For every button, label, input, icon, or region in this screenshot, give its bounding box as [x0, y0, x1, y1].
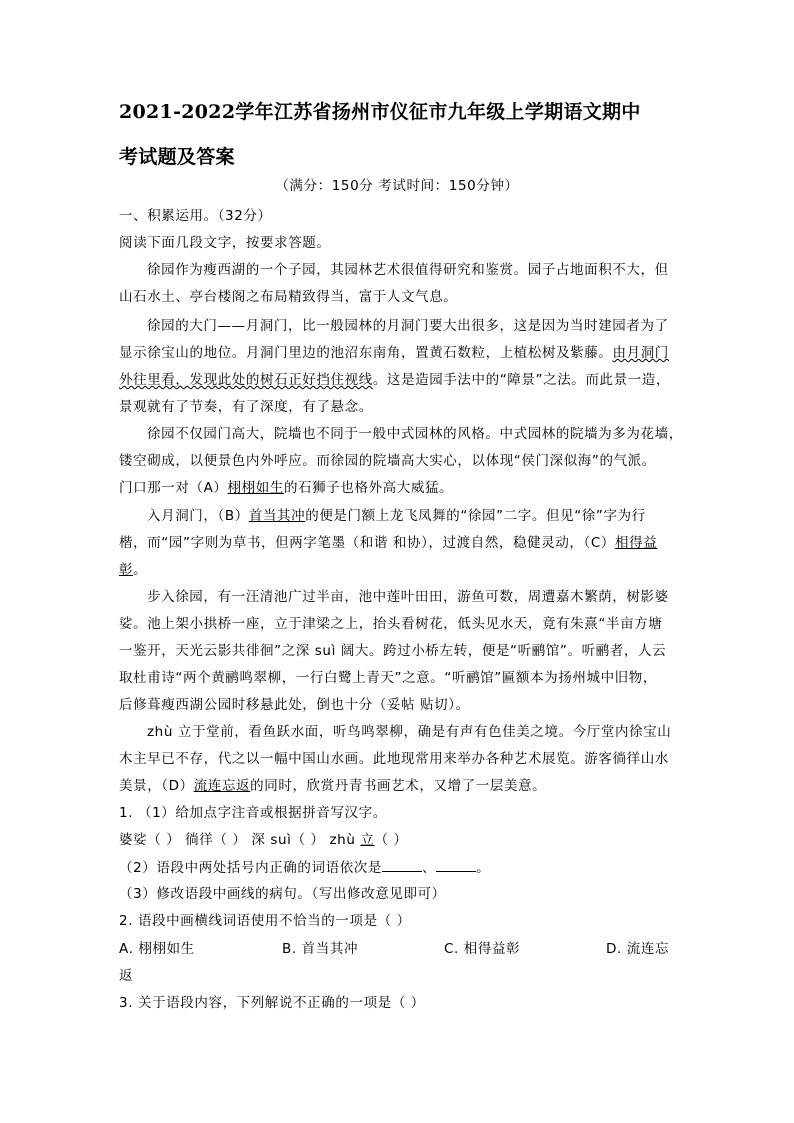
passage-text: 美景，（D）	[119, 778, 194, 794]
passage-p4-line2: 楷，而“园”字则为草书，但两字笔墨（和谐 和协），过渡自然，稳健灵动，（C）相得…	[119, 533, 657, 553]
passage-p5-line1: 步入徐园，有一汪清池广过半亩，池中莲叶田田，游鱼可数，周遭嘉木繁荫，树影婆	[119, 587, 669, 607]
passage-text: 。这是造园手法中的“障景”之法。而此景一造，	[373, 372, 670, 388]
underlined-term-b: 首当其冲	[249, 508, 305, 524]
passage-p2-line2: 显示徐宝山的地位。月洞门里边的池沼东南角，置黄石数粒，上植松树及紫藤。由月洞门	[119, 343, 669, 363]
underlined-term-d: 流连忘返	[194, 778, 250, 794]
answer-blank-1[interactable]	[382, 857, 422, 872]
passage-p2-line3: 外往里看，发现此处的树石正好挡住视线。这是造园手法中的“障景”之法。而此景一造，	[119, 370, 670, 390]
dotted-char-li: 立	[360, 832, 374, 848]
passage-p3-line2: 镂空砌成，以便景色内外呼应。而徐园的院墙高大实心，以体现“侯门深似海”的气派。	[119, 451, 656, 471]
question-text: （2）语段中两处括号内正确的词语依次是	[119, 860, 382, 876]
underlined-term-c: 相得益	[615, 535, 657, 551]
question-1-1-items: 婆娑（ ） 徜徉（ ） 深 suì（ ） zhù 立（ ）	[119, 830, 408, 850]
passage-p2-line4: 景观就有了节奏，有了深度，有了悬念。	[119, 397, 373, 417]
passage-p5-line2: 娑。池上架小拱桥一座，立于津梁之上，抬头看树花，低头见水天，竟有朱熹“半亩方塘	[119, 614, 662, 634]
document-title-line1: 2021-2022学年江苏省扬州市仪征市九年级上学期语文期中	[119, 92, 679, 132]
period: 。	[476, 860, 490, 876]
passage-text: 显示徐宝山的地位。月洞门里边的池沼东南角，置黄石数粒，上植松树及紫藤。	[119, 345, 613, 361]
underlined-term-a: 栩栩如生	[228, 480, 284, 496]
passage-p5-line5: 后修葺瘦西湖公园时移悬此处，倒也十分（妥帖 贴切）。	[119, 695, 470, 715]
passage-text: 入月洞门，（B）	[147, 508, 249, 524]
question-1-1: 1. （1）给加点字注音或根据拼音写汉字。	[119, 803, 387, 823]
passage-p4-line3: 彰。	[119, 560, 147, 580]
passage-p1-line1: 徐园作为瘦西湖的一个子园，其园林艺术很值得研究和鉴赏。园子占地面积不大，但	[119, 260, 669, 280]
passage-text: 。	[133, 562, 147, 578]
faulty-sentence: 由月洞门	[613, 345, 669, 361]
passage-p6-line3: 美景，（D）流连忘返的同时，欣赏丹青书画艺术，又增了一层美意。	[119, 776, 546, 796]
passage-p3-line1: 徐园不仅园门高大，院墙也不同于一般中式园林的风格。中式园林的院墙为多为花墙，	[119, 424, 683, 444]
passage-p3-line3: 门口那一对（A）栩栩如生的石狮子也格外高大威猛。	[119, 478, 453, 498]
passage-p5-line3: 一鉴开，天光云影共徘徊”之深 suì 阔大。跨过小桥左转，便是“听鹂馆”。听鹂者…	[119, 641, 666, 661]
passage-text: 的石狮子也格外高大威猛。	[284, 480, 453, 496]
section-instruction: 阅读下面几段文字，按要求答题。	[119, 233, 331, 253]
option-c[interactable]: C. 相得益彰	[444, 939, 520, 959]
passage-p6-line2: 木主早已不存，代之以一幅中国山水画。此地现常用来举办各种艺术展览。游客徜徉山水	[119, 749, 669, 769]
passage-p4-line1: 入月洞门，（B）首当其冲的便是门额上龙飞凤舞的“徐园”二字。但见“徐”字为行	[119, 506, 646, 526]
passage-text: 的便是门额上龙飞凤舞的“徐园”二字。但见“徐”字为行	[305, 508, 646, 524]
passage-text: 的同时，欣赏丹青书画艺术，又增了一层美意。	[250, 778, 546, 794]
question-3: 3. 关于语段内容，下列解说不正确的一项是（ ）	[119, 993, 425, 1013]
passage-p5-line4: 取杜甫诗“两个黄鹂鸣翠柳，一行白鹭上青天”之意。“听鹂馆”匾额本为扬州城中旧物，	[119, 668, 657, 688]
option-d-wrap: 返	[119, 966, 133, 986]
passage-text: 门口那一对（A）	[119, 480, 228, 496]
passage-p1-line2: 山石水土、亭台楼阁之布局精致得当，富于人文气息。	[119, 287, 457, 307]
option-a[interactable]: A. 栩栩如生	[119, 939, 195, 959]
question-2: 2. 语段中画横线词语使用不恰当的一项是（ ）	[119, 911, 411, 931]
answer-blank-2[interactable]	[436, 857, 476, 872]
question-1-3: （3）修改语段中画线的病句。（写出修改意见即可）	[119, 884, 446, 904]
exam-meta: （满分：150分 考试时间：150分钟）	[0, 176, 794, 196]
underlined-term-c-end: 彰	[119, 562, 133, 578]
faulty-sentence: 外往里看，发现此处的树石正好挡住视线	[119, 372, 373, 388]
section-heading: 一、积累运用。（32分）	[119, 206, 272, 226]
option-d[interactable]: D. 流连忘	[606, 939, 669, 959]
separator: 、	[422, 860, 436, 876]
option-b[interactable]: B. 首当其冲	[282, 939, 358, 959]
pinyin-items: 婆娑（ ） 徜徉（ ） 深 suì（ ） zhù	[119, 832, 360, 848]
passage-text: 楷，而“园”字则为草书，但两字笔墨（和谐 和协），过渡自然，稳健灵动，（C）	[119, 535, 615, 551]
document-title-line2: 考试题及答案	[119, 137, 679, 177]
answer-paren: （ ）	[374, 832, 407, 848]
passage-p2-line1: 徐园的大门——月洞门，比一般园林的月洞门要大出很多，这是因为当时建园者为了	[119, 316, 669, 336]
passage-p6-line1: zhù 立于堂前，看鱼跃水面，听鸟鸣翠柳，确是有声有色佳美之境。今厅堂内徐宝山	[119, 722, 671, 742]
question-1-2: （2）语段中两处括号内正确的词语依次是、。	[119, 857, 490, 878]
